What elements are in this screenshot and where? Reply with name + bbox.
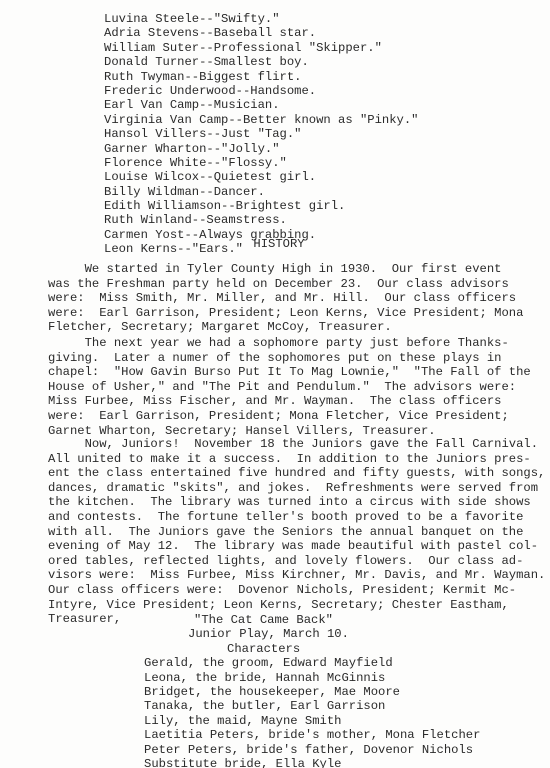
- play-section: "The Cat Came Back" Junior Play, March 1…: [0, 613, 550, 768]
- document-page: Luvina Steele--"Swifty." Adria Stevens--…: [0, 0, 550, 768]
- paragraph-line: Fletcher, Secretary; Margaret McCoy, Tre…: [48, 320, 548, 335]
- nickname-entry: Hansol Villers--Just "Tag.": [104, 127, 419, 141]
- paragraph-line: Intyre, Vice President; Leon Kerns, Secr…: [48, 598, 548, 613]
- paragraph-line: was the Freshman party held on December …: [48, 277, 548, 292]
- nickname-entry: Ruth Twyman--Biggest flirt.: [104, 70, 419, 84]
- paragraph-line: Garnet Wharton, Secretary; Hansel Viller…: [48, 424, 548, 439]
- paragraph-line: ored tables, reflected lights, and lovel…: [48, 554, 548, 569]
- nickname-entry: Luvina Steele--"Swifty.": [104, 12, 419, 26]
- character-entry: Bridget, the housekeeper, Mae Moore: [0, 685, 550, 699]
- nickname-entry: Virginia Van Camp--Better known as "Pink…: [104, 113, 419, 127]
- character-entry: Gerald, the groom, Edward Mayfield: [0, 656, 550, 670]
- paragraph-line: dances, dramatic "skits", and jokes. Ref…: [48, 481, 548, 496]
- paragraph-line: giving. Later a numer of the sophomores …: [48, 351, 548, 366]
- paragraph-line: Our class officers were: Dovenor Nichols…: [48, 583, 548, 598]
- paragraph-line: We started in Tyler County High in 1930.…: [48, 262, 548, 277]
- play-subtitle: Junior Play, March 10.: [0, 627, 550, 641]
- history-heading: HISTORY: [0, 237, 550, 251]
- paragraph-line: were: Earl Garrison, President; Leon Ker…: [48, 306, 548, 321]
- paragraph-line: were: Miss Smith, Mr. Miller, and Mr. Hi…: [48, 291, 548, 306]
- character-entry: Peter Peters, bride's father, Dovenor Ni…: [0, 743, 550, 757]
- play-title: "The Cat Came Back": [0, 613, 550, 627]
- nickname-entry: William Suter--Professional "Skipper.": [104, 41, 419, 55]
- nickname-entry: Frederic Underwood--Handsome.: [104, 84, 419, 98]
- paragraph-line: with all. The Juniors gave the Seniors t…: [48, 525, 548, 540]
- character-entry: Leona, the bride, Hannah McGinnis: [0, 671, 550, 685]
- nickname-entry: Earl Van Camp--Musician.: [104, 98, 419, 112]
- characters-heading: Characters: [0, 642, 550, 656]
- character-entry: Lily, the maid, Mayne Smith: [0, 714, 550, 728]
- nickname-entry: Billy Wildman--Dancer.: [104, 185, 419, 199]
- character-entry: Laetitia Peters, bride's mother, Mona Fl…: [0, 728, 550, 742]
- character-entry: Tanaka, the butler, Earl Garrison: [0, 699, 550, 713]
- history-paragraph-sophomore: The next year we had a sophomore party j…: [48, 336, 548, 438]
- paragraph-line: and contests. The fortune teller's booth…: [48, 510, 548, 525]
- nickname-entry: Garner Wharton--"Jolly.": [104, 142, 419, 156]
- paragraph-line: All united to make it a success. In addi…: [48, 452, 548, 467]
- character-entry: Substitute bride, Ella Kyle: [0, 757, 550, 768]
- history-paragraph-freshman: We started in Tyler County High in 1930.…: [48, 262, 548, 335]
- paragraph-line: Miss Furbee, Miss Fischer, and Mr. Wayma…: [48, 394, 548, 409]
- paragraph-line: visors were: Miss Furbee, Miss Kirchner,…: [48, 568, 548, 583]
- paragraph-line: House of Usher," and "The Pit and Pendul…: [48, 380, 548, 395]
- nickname-entry: Ruth Winland--Seamstress.: [104, 213, 419, 227]
- paragraph-line: evening of May 12. The library was made …: [48, 539, 548, 554]
- nickname-entry: Edith Williamson--Brightest girl.: [104, 199, 419, 213]
- paragraph-line: The next year we had a sophomore party j…: [48, 336, 548, 351]
- paragraph-line: the kitchen. The library was turned into…: [48, 495, 548, 510]
- nickname-entry: Donald Turner--Smallest boy.: [104, 55, 419, 69]
- nickname-entry: Florence White--"Flossy.": [104, 156, 419, 170]
- paragraph-line: ent the class entertained five hundred a…: [48, 466, 548, 481]
- paragraph-line: chapel: "How Gavin Burso Put It To Mag L…: [48, 365, 548, 380]
- nickname-entry: Louise Wilcox--Quietest girl.: [104, 170, 419, 184]
- paragraph-line: Now, Juniors! November 18 the Juniors ga…: [48, 437, 548, 452]
- history-paragraph-junior: Now, Juniors! November 18 the Juniors ga…: [48, 437, 548, 627]
- nickname-entry: Adria Stevens--Baseball star.: [104, 26, 419, 40]
- paragraph-line: were: Earl Garrison, President; Mona Fle…: [48, 409, 548, 424]
- nickname-list: Luvina Steele--"Swifty." Adria Stevens--…: [104, 12, 419, 257]
